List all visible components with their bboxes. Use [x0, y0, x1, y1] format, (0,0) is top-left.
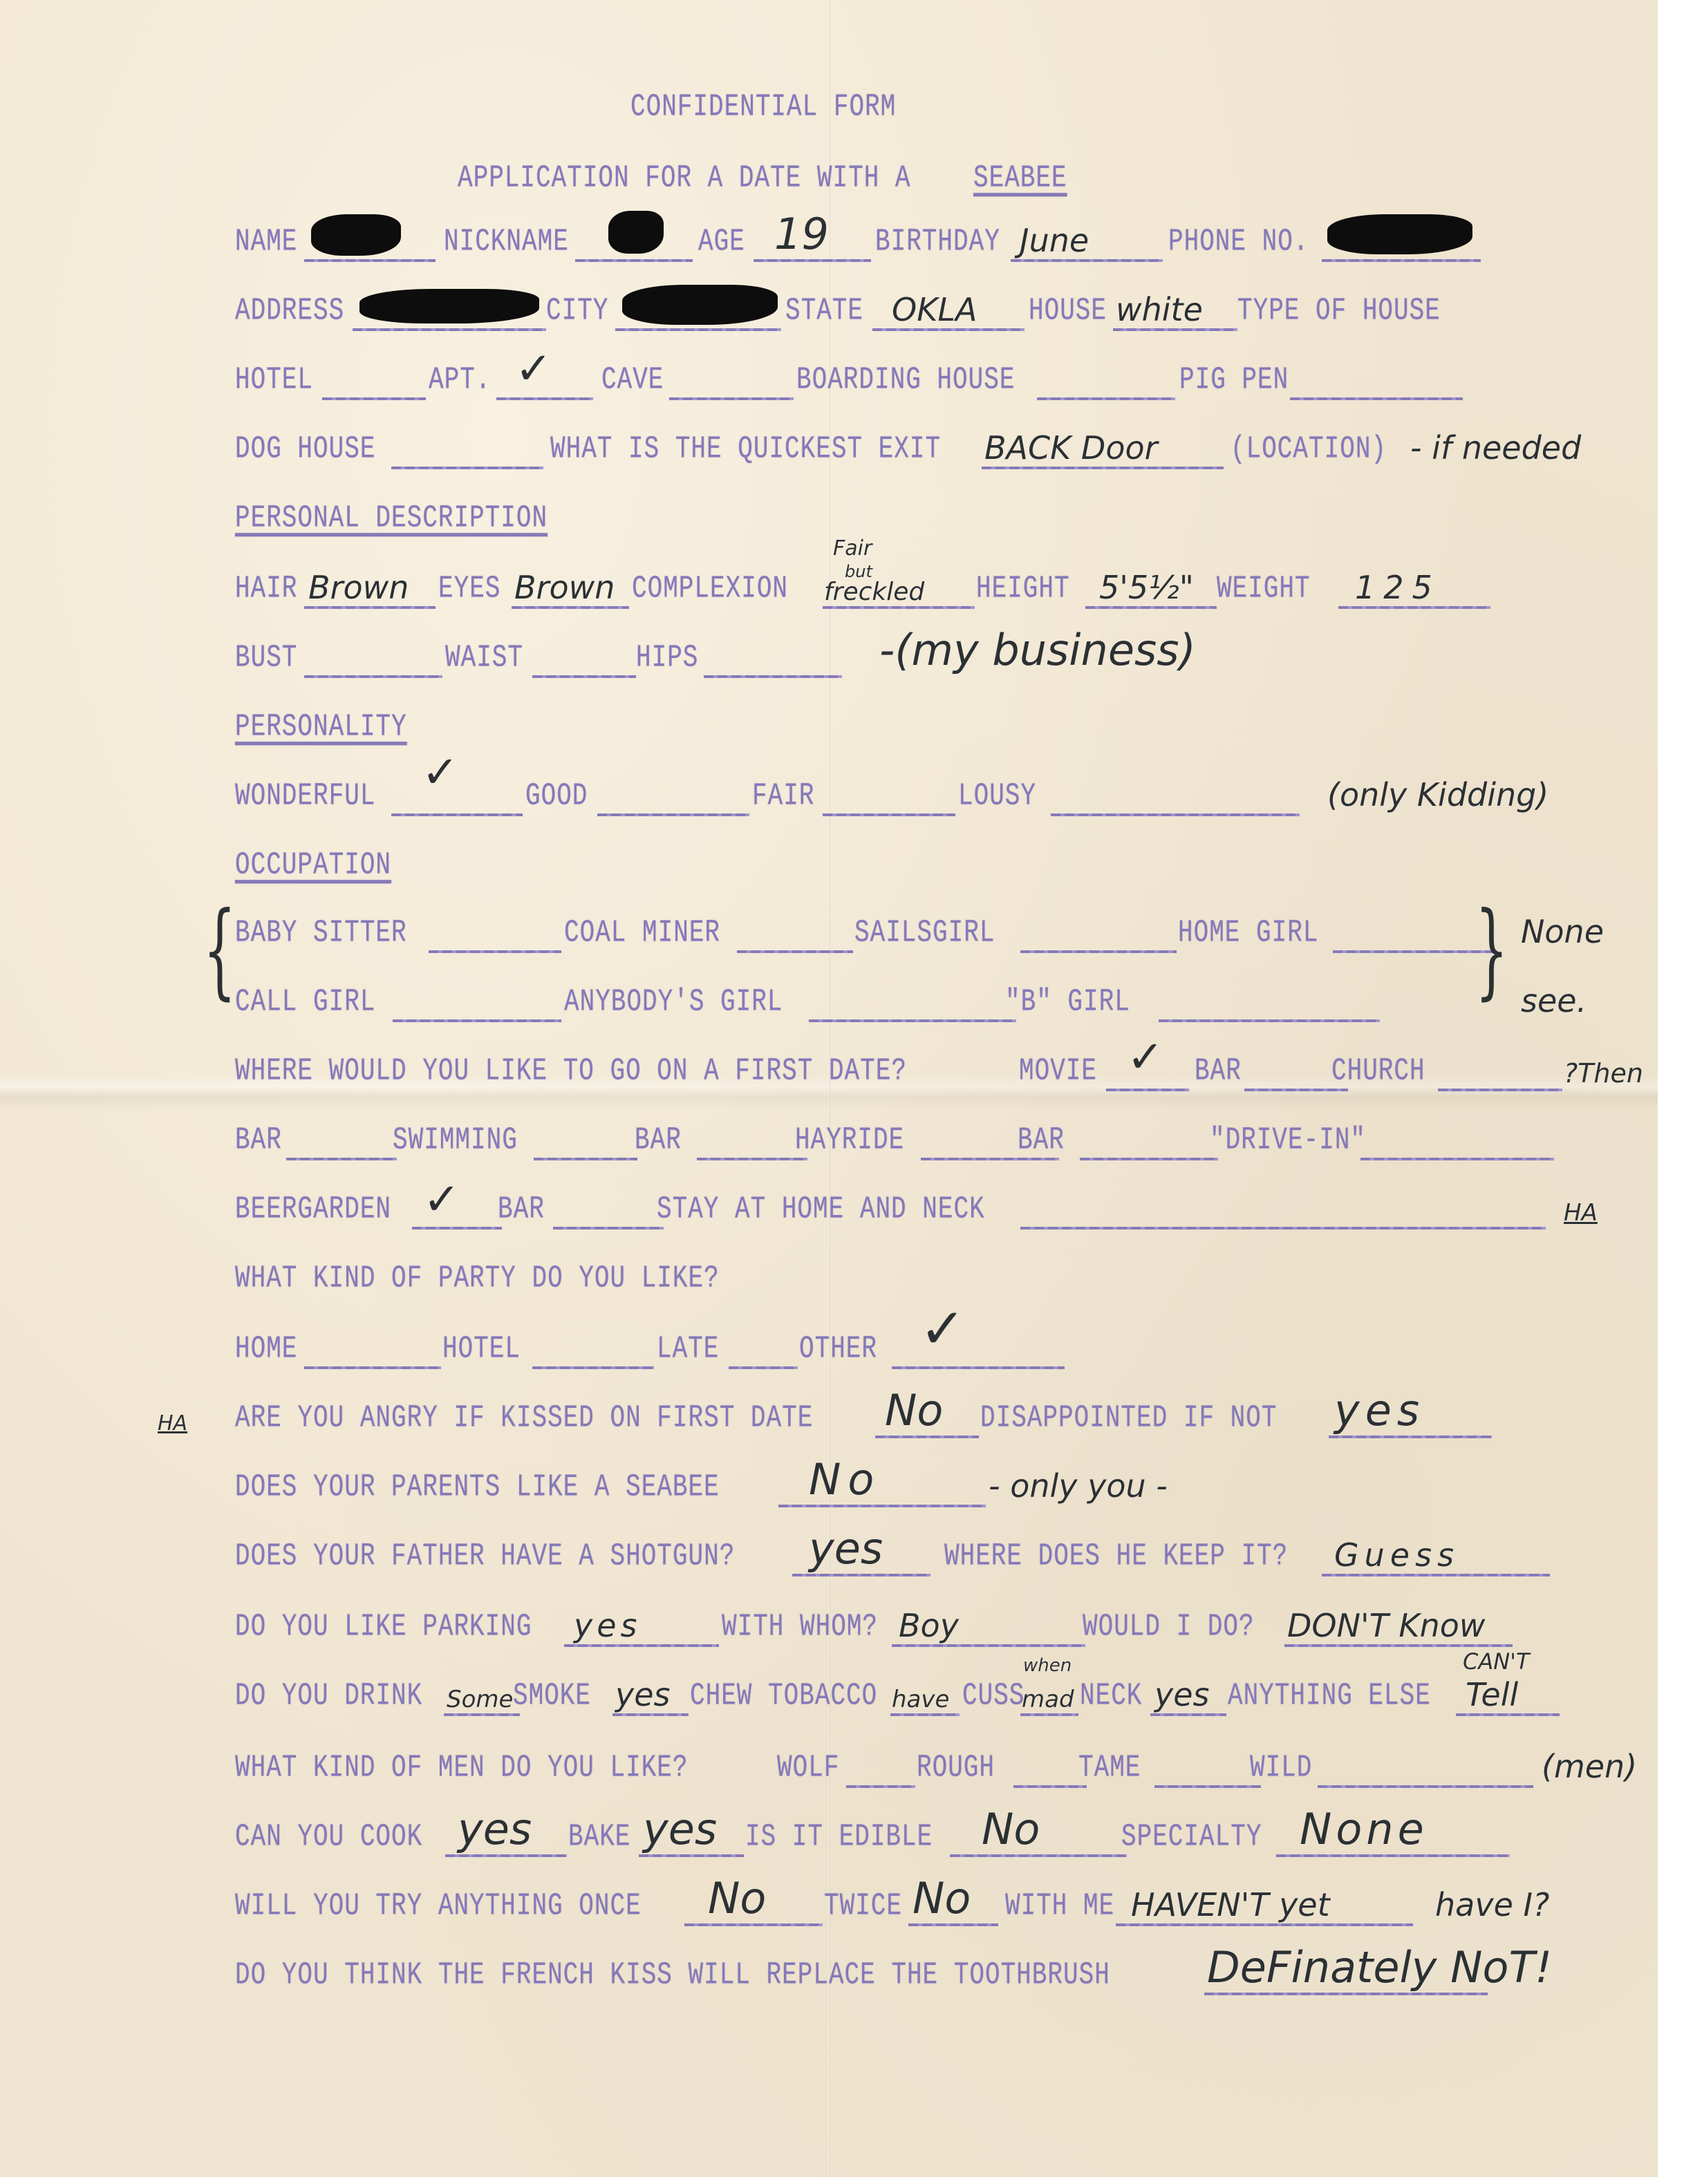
label-drive-in: "DRIVE-IN"	[1210, 1122, 1366, 1158]
field-hotel[interactable]	[322, 397, 426, 400]
field-hair[interactable]	[304, 606, 436, 609]
label-parking: DO YOU LIKE PARKING	[235, 1609, 532, 1644]
field-parents[interactable]	[778, 1505, 986, 1507]
label-hotel: HOTEL	[235, 362, 313, 397]
note-see: see.	[1521, 982, 1587, 1019]
field-smoke[interactable]	[612, 1713, 689, 1716]
field-address[interactable]	[353, 328, 546, 331]
label-baby-sitter: BABY SITTER	[235, 915, 407, 950]
heading-personal-description: PERSONAL DESCRIPTION	[235, 500, 548, 536]
field-with-whom[interactable]	[892, 1644, 1085, 1647]
field-bar-2[interactable]	[697, 1158, 807, 1160]
note-if-needed: - if needed	[1410, 429, 1581, 467]
field-stay-home-neck[interactable]	[1020, 1227, 1546, 1230]
answer-chew-tobacco: have	[892, 1686, 949, 1713]
field-beergarden[interactable]	[412, 1227, 502, 1230]
answer-hair: Brown	[308, 569, 409, 606]
label-b-girl: "B" GIRL	[1005, 984, 1130, 1019]
label-bake: BAKE	[568, 1819, 630, 1854]
label-state: STATE	[785, 293, 863, 328]
redaction-phone	[1327, 214, 1472, 254]
label-bar-2: BAR	[635, 1122, 682, 1158]
field-drive-in[interactable]	[1360, 1158, 1554, 1160]
field-anybodys-girl[interactable]	[809, 1019, 1016, 1022]
field-movie[interactable]	[1106, 1089, 1189, 1091]
label-city: CITY	[546, 293, 608, 328]
answer-state: OKLA	[892, 291, 977, 328]
label-with-whom: WITH WHOM?	[722, 1609, 878, 1644]
label-home: HOME	[235, 1331, 297, 1366]
field-call-girl[interactable]	[393, 1019, 561, 1022]
label-wild: WILD	[1250, 1750, 1312, 1785]
label-stay-home-neck: STAY AT HOME AND NECK	[657, 1192, 985, 1227]
label-boarding-house: BOARDING HOUSE	[796, 362, 1015, 397]
label-disappointed: DISAPPOINTED IF NOT	[980, 1400, 1277, 1435]
field-dog-house[interactable]	[391, 467, 543, 469]
label-shotgun: DOES YOUR FATHER HAVE A SHOTGUN?	[235, 1538, 735, 1574]
field-home[interactable]	[304, 1366, 441, 1369]
field-bust[interactable]	[304, 675, 442, 678]
field-hayride[interactable]	[921, 1158, 1059, 1160]
field-wild[interactable]	[1318, 1785, 1533, 1788]
answer-parents: No	[809, 1454, 881, 1505]
answer-anything-else: Tell	[1466, 1676, 1518, 1713]
label-hotel-party: HOTEL	[442, 1331, 521, 1366]
answer-shotgun: yes	[809, 1523, 883, 1574]
label-location: (LOCATION)	[1231, 431, 1387, 467]
label-specialty: SPECIALTY	[1121, 1819, 1262, 1854]
field-drink[interactable]	[444, 1713, 520, 1716]
label-chew-tobacco: CHEW TOBACCO	[690, 1678, 877, 1713]
redaction-address	[359, 289, 539, 323]
label-complexion: COMPLEXION	[632, 571, 788, 606]
field-baby-sitter[interactable]	[429, 950, 561, 953]
label-would-i-do: WOULD I DO?	[1083, 1609, 1255, 1644]
field-pig-pen[interactable]	[1290, 397, 1463, 400]
label-fair: FAIR	[752, 778, 814, 813]
label-movie: MOVIE	[1019, 1053, 1097, 1089]
field-twice[interactable]	[908, 1923, 998, 1926]
field-chew-tobacco[interactable]	[890, 1713, 960, 1716]
field-try-once[interactable]	[684, 1923, 823, 1926]
checkmark-icon: ✓	[423, 1174, 460, 1225]
field-parking[interactable]	[564, 1644, 719, 1647]
label-wonderful: WONDERFUL	[235, 778, 375, 813]
answer-angry-if-kissed: No	[885, 1385, 943, 1435]
field-disappointed[interactable]	[1329, 1435, 1492, 1438]
label-hair: HAIR	[235, 571, 297, 606]
answer-drink: Some	[447, 1686, 513, 1713]
checkmark-icon: ✓	[515, 343, 552, 395]
label-pig-pen: PIG PEN	[1179, 362, 1289, 397]
field-shotgun[interactable]	[792, 1574, 930, 1576]
form-subtitle-seabee: SEABEE	[973, 160, 1067, 196]
field-wolf[interactable]	[846, 1785, 915, 1788]
field-state[interactable]	[872, 328, 1025, 331]
label-phone: PHONE NO.	[1168, 224, 1309, 259]
field-fair[interactable]	[823, 813, 955, 816]
label-dog-house: DOG HOUSE	[235, 431, 375, 467]
label-coal-miner: COAL MINER	[564, 915, 720, 950]
field-anything-else[interactable]	[1456, 1713, 1560, 1716]
note-have-i: have I?	[1435, 1886, 1549, 1923]
field-bar-4[interactable]	[553, 1227, 664, 1230]
left-brace: {	[203, 898, 236, 1002]
label-house: HOUSE	[1029, 293, 1107, 328]
label-wolf: WOLF	[777, 1750, 839, 1785]
answer-cuss-when: when	[1023, 1655, 1072, 1676]
answer-quickest-exit: BACK Door	[984, 429, 1158, 467]
field-where-keep[interactable]	[1322, 1574, 1550, 1576]
field-birthday[interactable]	[1011, 259, 1163, 262]
field-edible[interactable]	[950, 1854, 1127, 1857]
field-bar[interactable]	[1244, 1089, 1348, 1091]
field-cook[interactable]	[445, 1854, 567, 1857]
answer-age: 19	[774, 209, 829, 259]
redaction-name	[311, 214, 401, 256]
checkmark-icon: ✓	[422, 747, 459, 798]
note-ha-right: HA	[1564, 1199, 1598, 1227]
field-coal-miner[interactable]	[737, 950, 853, 953]
label-tame: TAME	[1078, 1750, 1141, 1785]
label-cook: CAN YOU COOK	[235, 1819, 422, 1854]
field-specialty[interactable]	[1276, 1854, 1510, 1857]
form-subtitle: APPLICATION FOR A DATE WITH A	[458, 160, 911, 196]
field-waist[interactable]	[532, 675, 636, 678]
checkmark-icon: ✓	[919, 1297, 966, 1361]
answer-weight: 125	[1355, 569, 1441, 606]
label-good: GOOD	[525, 778, 588, 813]
field-cuss[interactable]	[1020, 1713, 1078, 1716]
label-beergarden: BEERGARDEN	[235, 1192, 391, 1227]
field-wonderful[interactable]	[391, 813, 523, 816]
label-sailsgirl: SAILSGIRL	[854, 915, 995, 950]
answer-where-keep: Guess	[1334, 1536, 1459, 1574]
answer-try-once: No	[708, 1873, 766, 1923]
label-rough: ROUGH	[917, 1750, 995, 1785]
label-twice: TWICE	[824, 1888, 902, 1923]
note-my-business: -(my business)	[879, 625, 1196, 675]
answer-smoke: yes	[615, 1676, 671, 1713]
field-quickest-exit[interactable]	[982, 467, 1224, 469]
field-phone[interactable]	[1322, 259, 1481, 262]
field-height[interactable]	[1085, 606, 1217, 609]
label-home-girl: HOME GIRL	[1178, 915, 1318, 950]
label-other: OTHER	[799, 1331, 877, 1366]
checkmark-icon: ✓	[1127, 1032, 1164, 1083]
field-tame[interactable]	[1154, 1785, 1261, 1788]
field-home-girl[interactable]	[1333, 950, 1497, 953]
field-age[interactable]	[754, 259, 871, 262]
label-late: LATE	[657, 1331, 719, 1366]
field-eyes[interactable]	[512, 606, 629, 609]
field-name[interactable]	[304, 259, 436, 262]
note-ha-margin: HA	[158, 1411, 187, 1435]
form-title: CONFIDENTIAL FORM	[630, 89, 896, 124]
field-bake[interactable]	[639, 1854, 744, 1857]
field-swimming[interactable]	[534, 1158, 637, 1160]
field-lousy[interactable]	[1051, 813, 1300, 816]
paper-sheet: CONFIDENTIAL FORM APPLICATION FOR A DATE…	[0, 0, 1658, 2177]
answer-birthday: June	[1020, 222, 1089, 259]
label-men-question: WHAT KIND OF MEN DO YOU LIKE?	[235, 1750, 689, 1785]
field-b-girl[interactable]	[1159, 1019, 1380, 1022]
field-rough[interactable]	[1013, 1785, 1087, 1788]
answer-house: white	[1116, 291, 1203, 328]
label-waist: WAIST	[445, 640, 523, 675]
answer-complexion-fair: Fair	[833, 536, 872, 561]
label-type-of-house: TYPE OF HOUSE	[1237, 293, 1441, 328]
label-drink: DO YOU DRINK	[235, 1678, 422, 1713]
label-first-date-question: WHERE WOULD YOU LIKE TO GO ON A FIRST DA…	[235, 1053, 907, 1089]
right-brace: {	[1475, 898, 1508, 1002]
field-house[interactable]	[1113, 328, 1237, 331]
label-hayride: HAYRIDE	[795, 1122, 904, 1158]
note-only-kidding: (only Kidding)	[1327, 776, 1549, 813]
field-bar-3[interactable]	[1080, 1158, 1218, 1160]
label-french-kiss: DO YOU THINK THE FRENCH KISS WILL REPLAC…	[235, 1957, 1110, 1993]
label-where-keep: WHERE DOES HE KEEP IT?	[944, 1538, 1288, 1574]
label-angry-if-kissed: ARE YOU ANGRY IF KISSED ON FIRST DATE	[235, 1400, 813, 1435]
field-complexion[interactable]	[823, 606, 975, 609]
answer-disappointed: yes	[1334, 1385, 1425, 1435]
answer-specialty: None	[1300, 1804, 1428, 1854]
redaction-nickname	[608, 211, 664, 254]
field-weight[interactable]	[1338, 606, 1490, 609]
label-bar-3: BAR	[1018, 1122, 1065, 1158]
field-other[interactable]	[892, 1366, 1065, 1369]
label-call-girl: CALL GIRL	[235, 984, 375, 1019]
field-city[interactable]	[615, 328, 781, 331]
note-only-you: - only you -	[989, 1467, 1168, 1505]
answer-with-whom: Boy	[899, 1607, 959, 1644]
label-cave: CAVE	[601, 362, 664, 397]
answer-parking: yes	[574, 1607, 642, 1644]
label-name: NAME	[235, 224, 297, 259]
label-try-once: WILL YOU TRY ANYTHING ONCE	[235, 1888, 642, 1923]
label-anything-else: ANYTHING ELSE	[1228, 1678, 1431, 1713]
answer-height: 5'5½"	[1099, 569, 1194, 606]
redaction-city	[622, 285, 778, 325]
field-boarding-house[interactable]	[1037, 397, 1175, 400]
field-apt[interactable]	[496, 397, 593, 400]
label-weight: WEIGHT	[1217, 571, 1311, 606]
answer-eyes: Brown	[514, 569, 615, 606]
label-smoke: SMOKE	[513, 1678, 591, 1713]
label-swimming: SWIMMING	[393, 1122, 518, 1158]
answer-french-kiss: DeFinately NoT!	[1207, 1942, 1552, 1993]
field-angry-if-kissed[interactable]	[875, 1435, 979, 1438]
label-parents: DOES YOUR PARENTS LIKE A SEABEE	[235, 1469, 720, 1505]
label-quickest-exit: WHAT IS THE QUICKEST EXIT	[550, 431, 941, 467]
label-age: AGE	[698, 224, 745, 259]
note-then: ?Then	[1564, 1058, 1643, 1089]
field-hotel-party[interactable]	[532, 1366, 654, 1369]
label-party-question: WHAT KIND OF PARTY DO YOU LIKE?	[235, 1261, 720, 1296]
label-edible: IS IT EDIBLE	[745, 1819, 933, 1854]
label-bar-4: BAR	[498, 1192, 545, 1227]
note-none: None	[1521, 913, 1604, 950]
field-french-kiss[interactable]	[1204, 1993, 1488, 1995]
field-church[interactable]	[1438, 1089, 1562, 1091]
answer-twice: No	[913, 1873, 971, 1923]
label-cuss: CUSS	[962, 1678, 1025, 1713]
answer-cook: yes	[458, 1804, 532, 1854]
label-lousy: LOUSY	[958, 778, 1036, 813]
label-eyes: EYES	[438, 571, 500, 606]
answer-cuss: mad	[1022, 1686, 1074, 1713]
answer-with-me: HAVEN'T yet	[1131, 1886, 1330, 1923]
field-sailsgirl[interactable]	[1020, 950, 1177, 953]
label-with-me: WITH ME	[1005, 1888, 1114, 1923]
label-anybodys-girl: ANYBODY'S GIRL	[564, 984, 783, 1019]
answer-bake: yes	[643, 1804, 717, 1854]
label-nickname: NICKNAME	[444, 224, 569, 259]
field-hips[interactable]	[704, 675, 842, 678]
label-bar-1: BAR	[235, 1122, 282, 1158]
field-cave[interactable]	[669, 397, 794, 400]
answer-edible: No	[982, 1804, 1040, 1854]
label-birthday: BIRTHDAY	[875, 224, 1000, 259]
field-would-i-do[interactable]	[1284, 1644, 1513, 1647]
field-neck[interactable]	[1150, 1713, 1226, 1716]
label-hips: HIPS	[636, 640, 698, 675]
label-height: HEIGHT	[976, 571, 1070, 606]
field-with-me[interactable]	[1116, 1923, 1413, 1926]
label-neck: NECK	[1080, 1678, 1142, 1713]
answer-anything-else-cant: CAN'T	[1463, 1648, 1530, 1675]
field-nickname[interactable]	[575, 259, 693, 262]
note-men: (men)	[1542, 1748, 1637, 1785]
label-apt: APT.	[429, 362, 491, 397]
heading-occupation: OCCUPATION	[235, 847, 391, 883]
answer-neck: yes	[1154, 1676, 1210, 1713]
answer-complexion: freckled	[824, 578, 924, 606]
heading-personality: PERSONALITY	[235, 709, 407, 744]
field-bar-1[interactable]	[286, 1158, 397, 1160]
label-bar: BAR	[1195, 1053, 1242, 1089]
label-church: CHURCH	[1331, 1053, 1425, 1089]
label-address: ADDRESS	[235, 293, 344, 328]
field-good[interactable]	[597, 813, 749, 816]
label-bust: BUST	[235, 640, 297, 675]
answer-would-i-do: DON'T Know	[1287, 1607, 1486, 1644]
field-late[interactable]	[729, 1366, 798, 1369]
